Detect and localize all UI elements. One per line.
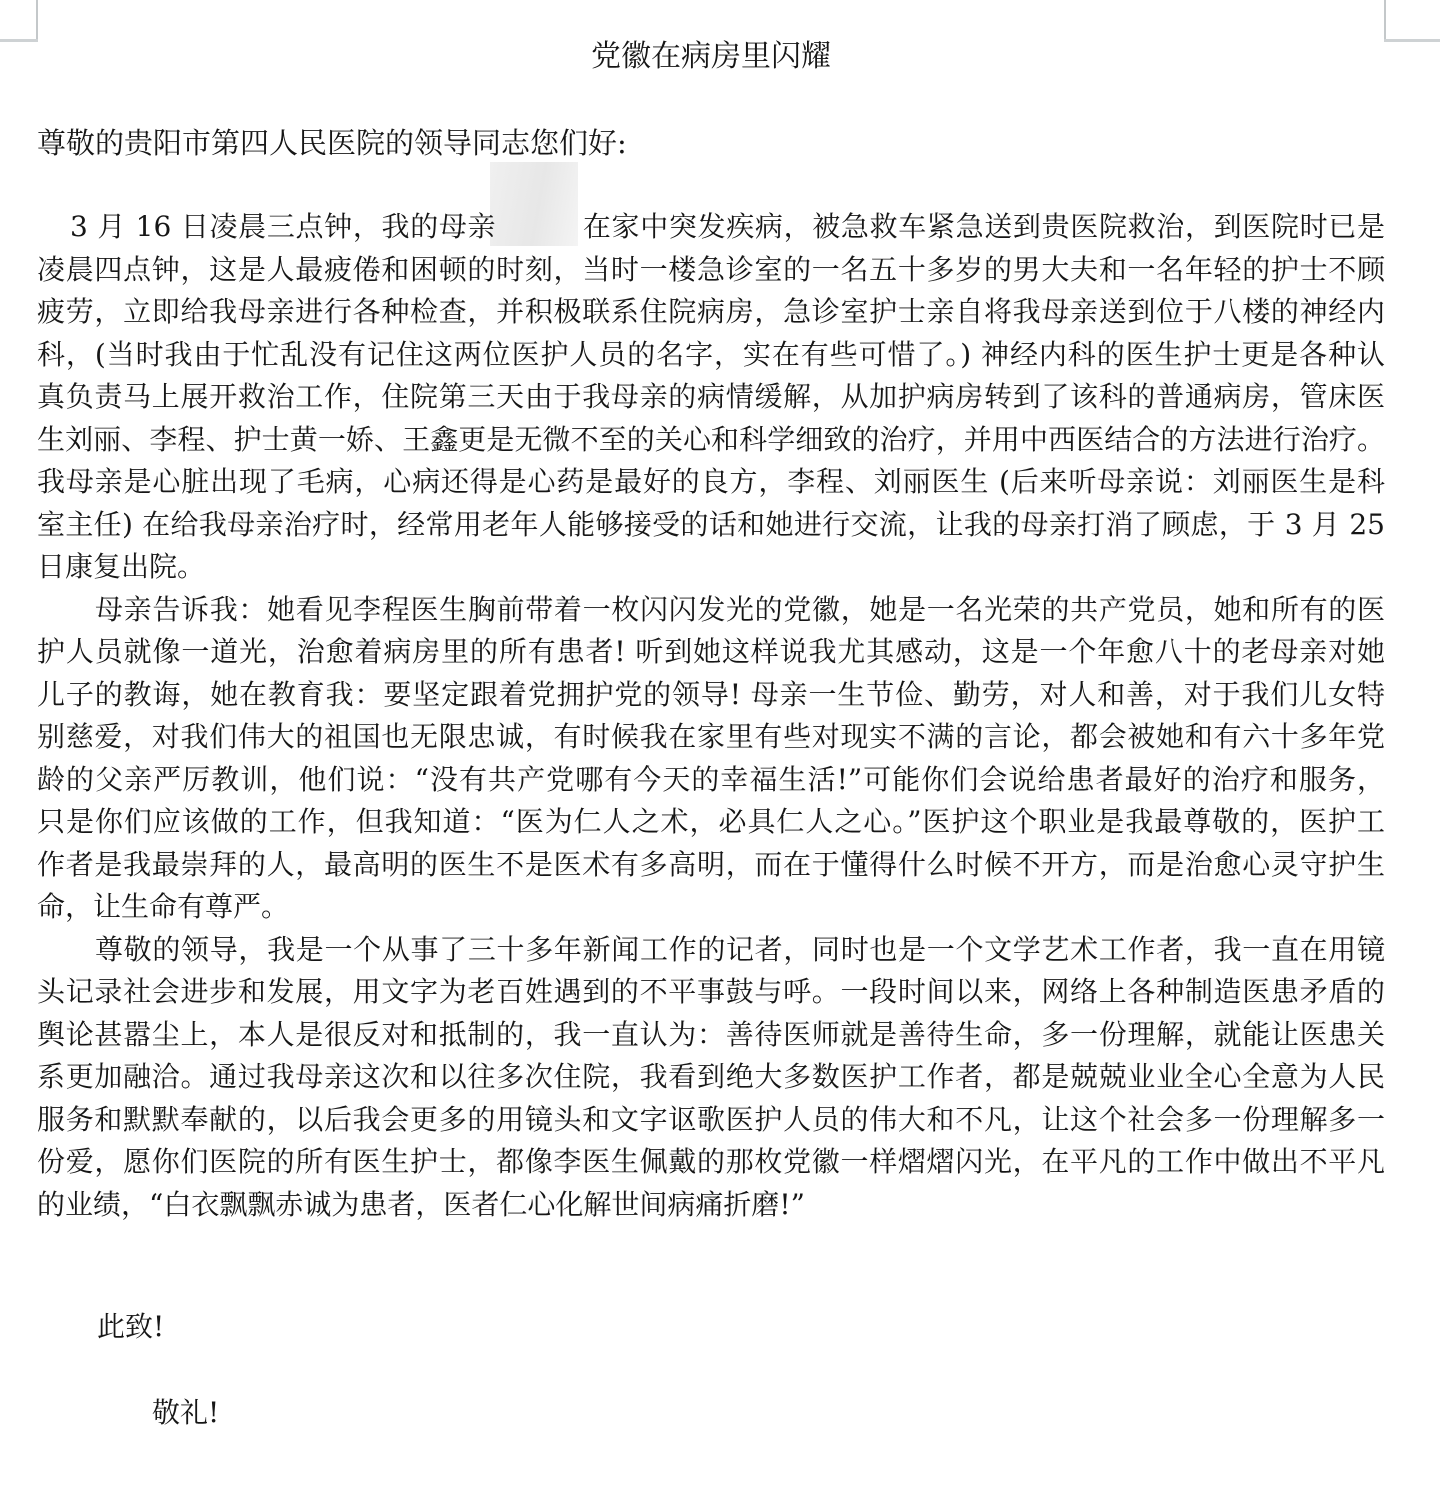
redacted-name-gap xyxy=(496,235,582,236)
paragraph1-line2: 凌晨四点钟，这是人最疲倦和困顿的时刻，当时一楼急诊室的一名五十多岁的男大夫和一名… xyxy=(37,249,1385,292)
letter-document-page: 党徽在病房里闪耀 尊敬的贵阳市第四人民医院的领导同志您们好: 3 月 16 日凌… xyxy=(0,0,1440,1488)
paragraph3-line2: 头记录社会进步和发展，用文字为老百姓遇到的不平事鼓与呼。一段时间以来，网络上各种… xyxy=(37,971,1385,1014)
closing-salute: 敬礼! xyxy=(152,1392,219,1434)
paragraph3-line5: 服务和默默奉献的，以后我会更多的用镜头和文字讴歌医护人员的伟大和不凡，让这个社会… xyxy=(37,1099,1385,1142)
margin-corner-mark-right-vertical xyxy=(1384,0,1386,41)
document-title: 党徽在病房里闪耀 xyxy=(37,38,1385,76)
paragraph2-line3: 儿子的教诲，她在教育我：要坚定跟着党拥护党的领导! 母亲一生节俭、勤劳，对人和善… xyxy=(37,674,1385,717)
paragraph2-line4: 别慈爱，对我们伟大的祖国也无限忠诚，有时候我在家里有些对现实不满的言论，都会被她… xyxy=(37,716,1385,759)
salutation-line: 尊敬的贵阳市第四人民医院的领导同志您们好: xyxy=(37,122,1385,164)
letter-body: 3 月 16 日凌晨三点钟，我的母亲在家中突发疾病，被急救车紧急送到贵医院救治，… xyxy=(37,206,1385,1226)
paragraph3-line4: 系更加融洽。通过我母亲这次和以往多次住院，我看到绝大多数医护工作者，都是兢兢业业… xyxy=(37,1056,1385,1099)
paragraph1-line8: 室主任) 在给我母亲治疗时，经常用老年人能够接受的话和她进行交流，让我的母亲打消… xyxy=(37,504,1385,547)
paragraph2-line2: 护人员就像一道光，治愈着病房里的所有患者! 听到她这样说我尤其感动，这是一个年愈… xyxy=(37,631,1385,674)
margin-corner-mark-right-horizontal xyxy=(1384,39,1440,42)
paragraph1-line1-suffix: 在家中突发疾病，被急救车紧急送到贵医院救治，到医院时已是 xyxy=(582,210,1385,243)
paragraph2-line1: 母亲告诉我：她看见李程医生胸前带着一枚闪闪发光的党徽，她是一名光荣的共产党员，她… xyxy=(37,589,1385,632)
paragraph3-line1: 尊敬的领导，我是一个从事了三十多年新闻工作的记者，同时也是一个文学艺术工作者，我… xyxy=(37,929,1385,972)
paragraph3-line7: 的业绩，“白衣飘飘赤诚为患者，医者仁心化解世间病痛折磨!” xyxy=(37,1184,1385,1227)
paragraph1-line9: 日康复出院。 xyxy=(37,546,1385,589)
paragraph2-line8: 命，让生命有尊严。 xyxy=(37,886,1385,929)
paragraph1-line4: 科，(当时我由于忙乱没有记住这两位医护人员的名字，实在有些可惜了。) 神经内科的… xyxy=(37,334,1385,377)
paragraph3-line6: 份爱，愿你们医院的所有医生护士，都像李医生佩戴的那枚党徽一样熠熠闪光，在平凡的工… xyxy=(37,1141,1385,1184)
paragraph1-line6: 生刘丽、李程、护士黄一娇、王鑫更是无微不至的关心和科学细致的治疗，并用中西医结合… xyxy=(37,419,1385,462)
margin-corner-mark-left-horizontal xyxy=(0,39,38,42)
paragraph2-line6: 只是你们应该做的工作，但我知道：“医为仁人之术，必具仁人之心。”医护这个职业是我… xyxy=(37,801,1385,844)
paragraph1-line1: 3 月 16 日凌晨三点钟，我的母亲在家中突发疾病，被急救车紧急送到贵医院救治，… xyxy=(37,206,1385,249)
closing-regards: 此致! xyxy=(97,1306,164,1348)
paragraph1-line5: 真负责马上展开救治工作，住院第三天由于我母亲的病情缓解，从加护病房转到了该科的普… xyxy=(37,376,1385,419)
margin-corner-mark-left-vertical xyxy=(36,0,38,41)
paragraph1-line7: 我母亲是心脏出现了毛病，心病还得是心药是最好的良方，李程、刘丽医生 (后来听母亲… xyxy=(37,461,1385,504)
paragraph1-line3: 疲劳，立即给我母亲进行各种检查，并积极联系住院病房，急诊室护士亲自将我母亲送到位… xyxy=(37,291,1385,334)
paragraph3-line3: 舆论甚嚣尘上，本人是很反对和抵制的，我一直认为：善待医师就是善待生命，多一份理解… xyxy=(37,1014,1385,1057)
paragraph2-line7: 作者是我最崇拜的人，最高明的医生不是医术有多高明，而在于懂得什么时候不开方，而是… xyxy=(37,844,1385,887)
paragraph2-line5: 龄的父亲严厉教训，他们说：“没有共产党哪有今天的幸福生活!”可能你们会说给患者最… xyxy=(37,759,1385,802)
paragraph1-line1-prefix: 3 月 16 日凌晨三点钟，我的母亲 xyxy=(70,210,496,243)
